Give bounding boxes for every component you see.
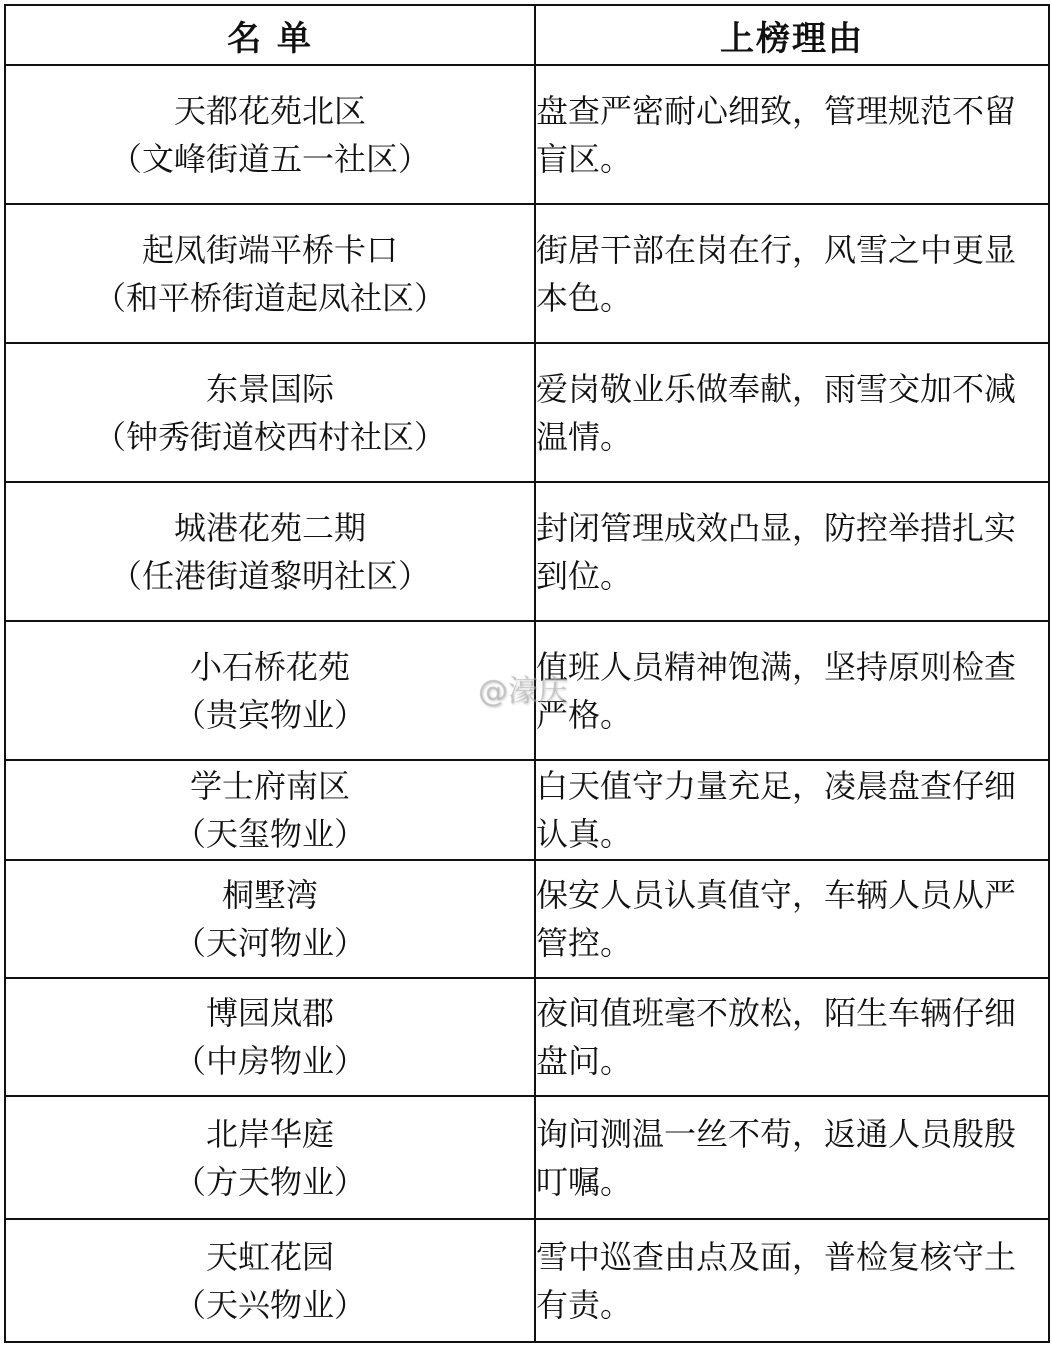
reason-text-cont: 到位。 bbox=[536, 552, 1048, 600]
name-cell: 学士府南区 （天玺物业） bbox=[5, 760, 535, 860]
place-name: 城港花苑二期 bbox=[6, 504, 534, 552]
place-affiliation: （钟秀街道校西村社区） bbox=[6, 413, 534, 461]
table-row: 天都花苑北区 （文峰街道五一社区） 盘查严密耐心细致，管理规范不留 盲区。 bbox=[5, 65, 1049, 204]
name-cell: 小石桥花苑 （贵宾物业） bbox=[5, 621, 535, 760]
header-reason-column: 上榜理由 bbox=[535, 5, 1049, 65]
place-affiliation: （天玺物业） bbox=[6, 810, 534, 858]
reason-text: 夜间值班毫不放松，陌生车辆仔细 bbox=[536, 989, 1048, 1037]
table-row: 学士府南区 （天玺物业） 白天值守力量充足，凌晨盘查仔细 认真。 bbox=[5, 760, 1049, 860]
table-row: 天虹花园 （天兴物业） 雪中巡查由点及面，普检复核守土 有责。 bbox=[5, 1219, 1049, 1342]
name-cell: 博园岚郡 （中房物业） bbox=[5, 978, 535, 1096]
reason-cell: 街居干部在岗在行，风雪之中更显 本色。 bbox=[535, 204, 1049, 343]
name-cell: 天虹花园 （天兴物业） bbox=[5, 1219, 535, 1342]
name-cell: 城港花苑二期 （任港街道黎明社区） bbox=[5, 482, 535, 621]
honor-list-table: 名 单 上榜理由 天都花苑北区 （文峰街道五一社区） 盘查严密耐心细致，管理规范… bbox=[4, 4, 1050, 1343]
reason-text: 值班人员精神饱满，坚持原则检查 bbox=[536, 643, 1048, 691]
reason-text-cont: 盘问。 bbox=[536, 1037, 1048, 1085]
reason-cell: 雪中巡查由点及面，普检复核守土 有责。 bbox=[535, 1219, 1049, 1342]
table-row: 博园岚郡 （中房物业） 夜间值班毫不放松，陌生车辆仔细 盘问。 bbox=[5, 978, 1049, 1096]
reason-cell: 爱岗敬业乐做奉献，雨雪交加不减 温情。 bbox=[535, 343, 1049, 482]
place-affiliation: （任港街道黎明社区） bbox=[6, 552, 534, 600]
reason-text: 雪中巡查由点及面，普检复核守土 bbox=[536, 1233, 1048, 1281]
table-row: 桐墅湾 （天河物业） 保安人员认真值守，车辆人员从严 管控。 bbox=[5, 860, 1049, 978]
reason-text: 街居干部在岗在行，风雪之中更显 bbox=[536, 226, 1048, 274]
name-cell: 起凤街端平桥卡口 （和平桥街道起凤社区） bbox=[5, 204, 535, 343]
reason-cell: 值班人员精神饱满，坚持原则检查 严格。 bbox=[535, 621, 1049, 760]
reason-text-cont: 叮嘱。 bbox=[536, 1158, 1048, 1206]
place-affiliation: （文峰街道五一社区） bbox=[6, 135, 534, 183]
reason-cell: 夜间值班毫不放松，陌生车辆仔细 盘问。 bbox=[535, 978, 1049, 1096]
reason-text-cont: 严格。 bbox=[536, 691, 1048, 739]
place-name: 学士府南区 bbox=[6, 762, 534, 810]
place-affiliation: （天兴物业） bbox=[6, 1281, 534, 1329]
place-affiliation: （方天物业） bbox=[6, 1158, 534, 1206]
reason-cell: 白天值守力量充足，凌晨盘查仔细 认真。 bbox=[535, 760, 1049, 860]
reason-cell: 保安人员认真值守，车辆人员从严 管控。 bbox=[535, 860, 1049, 978]
table-row: 城港花苑二期 （任港街道黎明社区） 封闭管理成效凸显，防控举措扎实 到位。 bbox=[5, 482, 1049, 621]
reason-cell: 询问测温一丝不苟，返通人员殷殷 叮嘱。 bbox=[535, 1096, 1049, 1219]
table-row: 起凤街端平桥卡口 （和平桥街道起凤社区） 街居干部在岗在行，风雪之中更显 本色。 bbox=[5, 204, 1049, 343]
place-affiliation: （中房物业） bbox=[6, 1037, 534, 1085]
place-name: 起凤街端平桥卡口 bbox=[6, 226, 534, 274]
reason-text-cont: 本色。 bbox=[536, 274, 1048, 322]
reason-text: 询问测温一丝不苟，返通人员殷殷 bbox=[536, 1110, 1048, 1158]
place-name: 天都花苑北区 bbox=[6, 87, 534, 135]
place-name: 小石桥花苑 bbox=[6, 643, 534, 691]
reason-text: 盘查严密耐心细致，管理规范不留 bbox=[536, 87, 1048, 135]
name-cell: 东景国际 （钟秀街道校西村社区） bbox=[5, 343, 535, 482]
reason-text: 保安人员认真值守，车辆人员从严 bbox=[536, 871, 1048, 919]
place-affiliation: （和平桥街道起凤社区） bbox=[6, 274, 534, 322]
header-row: 名 单 上榜理由 bbox=[5, 5, 1049, 65]
place-affiliation: （天河物业） bbox=[6, 919, 534, 967]
place-name: 桐墅湾 bbox=[6, 871, 534, 919]
table-row: 东景国际 （钟秀街道校西村社区） 爱岗敬业乐做奉献，雨雪交加不减 温情。 bbox=[5, 343, 1049, 482]
reason-text: 封闭管理成效凸显，防控举措扎实 bbox=[536, 504, 1048, 552]
name-cell: 天都花苑北区 （文峰街道五一社区） bbox=[5, 65, 535, 204]
reason-text: 白天值守力量充足，凌晨盘查仔细 bbox=[536, 762, 1048, 810]
reason-text-cont: 管控。 bbox=[536, 919, 1048, 967]
reason-text-cont: 认真。 bbox=[536, 810, 1048, 858]
table-row: 北岸华庭 （方天物业） 询问测温一丝不苟，返通人员殷殷 叮嘱。 bbox=[5, 1096, 1049, 1219]
place-name: 东景国际 bbox=[6, 365, 534, 413]
reason-text-cont: 盲区。 bbox=[536, 135, 1048, 183]
place-affiliation: （贵宾物业） bbox=[6, 691, 534, 739]
reason-text-cont: 温情。 bbox=[536, 413, 1048, 461]
place-name: 天虹花园 bbox=[6, 1233, 534, 1281]
name-cell: 桐墅湾 （天河物业） bbox=[5, 860, 535, 978]
place-name: 北岸华庭 bbox=[6, 1110, 534, 1158]
table-row: 小石桥花苑 （贵宾物业） 值班人员精神饱满，坚持原则检查 严格。 bbox=[5, 621, 1049, 760]
name-cell: 北岸华庭 （方天物业） bbox=[5, 1096, 535, 1219]
reason-cell: 封闭管理成效凸显，防控举措扎实 到位。 bbox=[535, 482, 1049, 621]
reason-cell: 盘查严密耐心细致，管理规范不留 盲区。 bbox=[535, 65, 1049, 204]
place-name: 博园岚郡 bbox=[6, 989, 534, 1037]
header-name-column: 名 单 bbox=[5, 5, 535, 65]
reason-text-cont: 有责。 bbox=[536, 1281, 1048, 1329]
reason-text: 爱岗敬业乐做奉献，雨雪交加不减 bbox=[536, 365, 1048, 413]
